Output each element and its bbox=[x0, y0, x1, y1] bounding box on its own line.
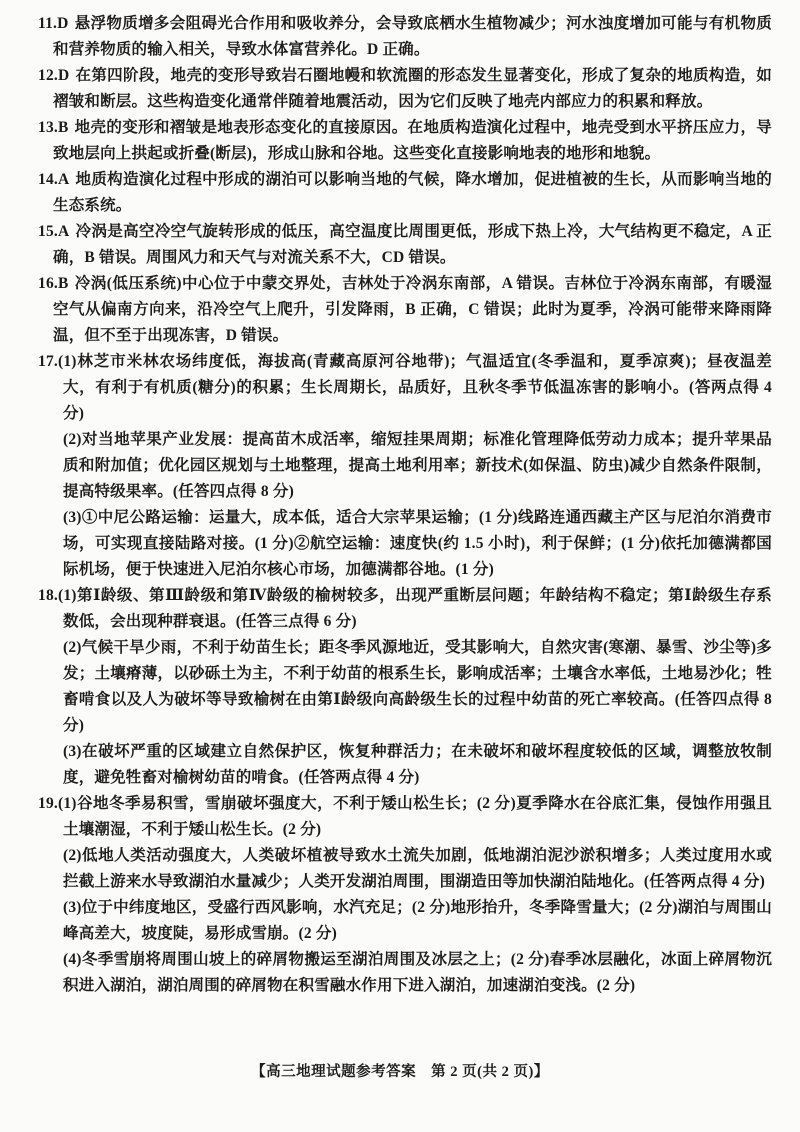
answer-text-15: 冷涡是高空冷空气旋转形成的低压，高空温度比周围更低，形成下热上冷，大气结构更不稳… bbox=[53, 223, 772, 266]
answer-19-part-4: (4)冬季雪崩将周围山坡上的碎屑物搬运至湖泊周围及冰层之上；(2 分)春季冰层融… bbox=[38, 947, 772, 999]
answer-item-16: 16.B冷涡(低压系统)中心位于中蒙交界处，吉林处于冷涡东南部，A 错误。吉林位… bbox=[38, 271, 772, 349]
answer-18-part-1-text: (1)第Ⅰ龄级、第Ⅲ龄级和第Ⅳ龄级的榆树较多，出现严重断层问题；年龄结构不稳定；… bbox=[58, 587, 772, 630]
answer-number-12: 12.D bbox=[38, 67, 69, 84]
answer-number-14: 14.A bbox=[38, 171, 69, 188]
answer-number-16: 16.B bbox=[38, 275, 69, 292]
answer-item-12: 12.D在第四阶段，地壳的变形导致岩石圈地幔和软流圈的形态发生显著变化，形成了复… bbox=[38, 63, 772, 115]
answer-text-16: 冷涡(低压系统)中心位于中蒙交界处，吉林处于冷涡东南部，A 错误。吉林位于冷涡东… bbox=[53, 275, 772, 344]
answer-number-18: 18. bbox=[38, 587, 58, 604]
answer-item-13: 13.B地壳的变形和褶皱是地表形态变化的直接原因。在地质构造演化过程中，地壳受到… bbox=[38, 115, 772, 167]
answer-number-19: 19. bbox=[38, 795, 58, 812]
answer-item-18: 18.(1)第Ⅰ龄级、第Ⅲ龄级和第Ⅳ龄级的榆树较多，出现严重断层问题；年龄结构不… bbox=[38, 583, 772, 791]
answer-number-17: 17. bbox=[38, 353, 58, 370]
answer-17-part-1: 17.(1)林芝市米林农场纬度低，海拔高(青藏高原河谷地带)；气温适宜(冬季温和… bbox=[38, 349, 772, 427]
page-footer: 【高三地理试题参考答案 第 2 页(共 2 页)】 bbox=[0, 1060, 800, 1081]
answer-text-12: 在第四阶段，地壳的变形导致岩石圈地幔和软流圈的形态发生显著变化，形成了复杂的地质… bbox=[53, 67, 772, 110]
answer-text-11: 悬浮物质增多会阻碍光合作用和吸收养分，会导致底栖水生植物减少；河水浊度增加可能与… bbox=[53, 15, 772, 58]
answer-number-11: 11.D bbox=[38, 15, 69, 32]
answer-19-part-1-text: (1)谷地冬季易积雪，雪崩破坏强度大，不利于矮山松生长；(2 分)夏季降水在谷底… bbox=[58, 795, 772, 838]
answer-19-part-1: 19.(1)谷地冬季易积雪，雪崩破坏强度大，不利于矮山松生长；(2 分)夏季降水… bbox=[38, 791, 772, 843]
answer-item-14: 14.A地质构造演化过程中形成的湖泊可以影响当地的气候，降水增加，促进植被的生长… bbox=[38, 167, 772, 219]
answers-list: 11.D悬浮物质增多会阻碍光合作用和吸收养分，会导致底栖水生植物减少；河水浊度增… bbox=[38, 11, 772, 999]
answer-19-part-2: (2)低地人类活动强度大，人类破坏植被导致水土流失加剧，低地湖泊泥沙淤积增多；人… bbox=[38, 843, 772, 895]
answer-item-19: 19.(1)谷地冬季易积雪，雪崩破坏强度大，不利于矮山松生长；(2 分)夏季降水… bbox=[38, 791, 772, 999]
answer-17-part-2: (2)对当地苹果产业发展：提高苗木成活率，缩短挂果周期；标准化管理降低劳动力成本… bbox=[38, 427, 772, 505]
answer-19-part-3: (3)位于中纬度地区，受盛行西风影响，水汽充足；(2 分)地形抬升，冬季降雪量大… bbox=[38, 895, 772, 947]
answer-item-11: 11.D悬浮物质增多会阻碍光合作用和吸收养分，会导致底栖水生植物减少；河水浊度增… bbox=[38, 11, 772, 63]
answer-text-13: 地壳的变形和褶皱是地表形态变化的直接原因。在地质构造演化过程中，地壳受到水平挤压… bbox=[53, 119, 772, 162]
answer-17-part-1-text: (1)林芝市米林农场纬度低，海拔高(青藏高原河谷地带)；气温适宜(冬季温和，夏季… bbox=[58, 353, 772, 422]
answer-sheet-page: 11.D悬浮物质增多会阻碍光合作用和吸收养分，会导致底栖水生植物减少；河水浊度增… bbox=[0, 0, 800, 1132]
answer-18-part-2: (2)气候干旱少雨，不利于幼苗生长；距冬季风源地近，受其影响大，自然灾害(寒潮、… bbox=[38, 635, 772, 739]
answer-18-part-3: (3)在破坏严重的区域建立自然保护区，恢复种群活力；在未破坏和破坏程度较低的区域… bbox=[38, 739, 772, 791]
answer-18-part-1: 18.(1)第Ⅰ龄级、第Ⅲ龄级和第Ⅳ龄级的榆树较多，出现严重断层问题；年龄结构不… bbox=[38, 583, 772, 635]
answer-text-14: 地质构造演化过程中形成的湖泊可以影响当地的气候，降水增加，促进植被的生长，从而影… bbox=[53, 171, 772, 214]
answer-number-15: 15.A bbox=[38, 223, 69, 240]
answer-item-17: 17.(1)林芝市米林农场纬度低，海拔高(青藏高原河谷地带)；气温适宜(冬季温和… bbox=[38, 349, 772, 583]
answer-item-15: 15.A冷涡是高空冷空气旋转形成的低压，高空温度比周围更低，形成下热上冷，大气结… bbox=[38, 219, 772, 271]
answer-17-part-3: (3)①中尼公路运输：运量大，成本低，适合大宗苹果运输；(1 分)线路连通西藏主… bbox=[38, 505, 772, 583]
answer-number-13: 13.B bbox=[38, 119, 69, 136]
